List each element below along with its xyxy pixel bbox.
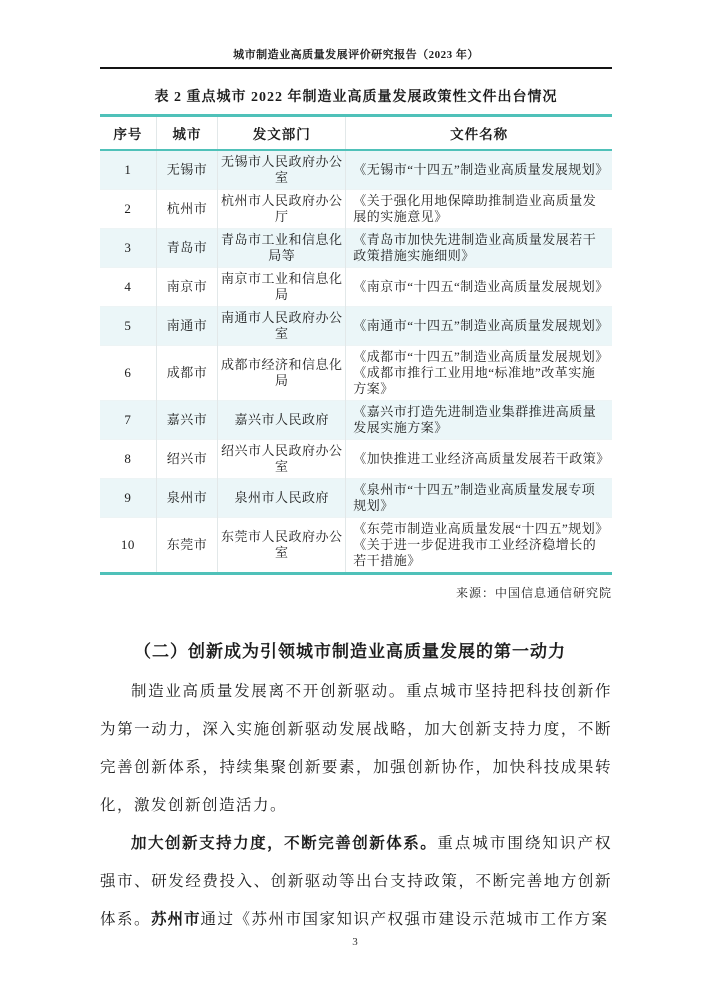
cell-city: 南京市 (156, 268, 217, 307)
doc-title: 《关于进一步促进我市工业经济稳增长的若干措施》 (353, 537, 608, 569)
cell-city: 青岛市 (156, 229, 217, 268)
cell-seq: 8 (100, 440, 156, 479)
table-header-row: 序号 城市 发文部门 文件名称 (100, 116, 612, 151)
running-header-title: 城市制造业高质量发展评价研究报告（2023 年） (100, 46, 612, 62)
doc-title: 《加快推进工业经济高质量发展若干政策》 (353, 451, 608, 467)
cell-docs: 《东莞市制造业高质量发展“十四五”规划》《关于进一步促进我市工业经济稳增长的若干… (346, 518, 612, 574)
cell-city: 绍兴市 (156, 440, 217, 479)
cell-dept: 青岛市工业和信息化局等 (218, 229, 346, 268)
cell-docs: 《成都市“十四五”制造业高质量发展规划》《成都市推行工业用地“标准地”改革实施方… (346, 346, 612, 401)
doc-title: 《关于强化用地保障助推制造业高质量发展的实施意见》 (353, 193, 608, 225)
cell-dept: 南通市人民政府办公室 (218, 307, 346, 346)
table-row: 5 南通市 南通市人民政府办公室 《南通市“十四五”制造业高质量发展规划》 (100, 307, 612, 346)
paragraph-2: 加大创新支持力度，不断完善创新体系。重点城市围绕知识产权强市、研发经费投入、创新… (100, 825, 612, 939)
paragraph-1: 制造业高质量发展离不开创新驱动。重点城市坚持把科技创新作为第一动力，深入实施创新… (100, 673, 612, 825)
document-page: 城市制造业高质量发展评价研究报告（2023 年） 表 2 重点城市 2022 年… (0, 0, 710, 1004)
table-caption: 表 2 重点城市 2022 年制造业高质量发展政策性文件出台情况 (100, 86, 612, 106)
col-header-seq: 序号 (100, 116, 156, 151)
cell-docs: 《嘉兴市打造先进制造业集群推进高质量发展实施方案》 (346, 401, 612, 440)
table-row: 2 杭州市 杭州市人民政府办公厅 《关于强化用地保障助推制造业高质量发展的实施意… (100, 190, 612, 229)
table-row: 6 成都市 成都市经济和信息化局 《成都市“十四五”制造业高质量发展规划》《成都… (100, 346, 612, 401)
doc-title: 《成都市推行工业用地“标准地”改革实施方案》 (353, 365, 608, 397)
doc-title: 《南通市“十四五”制造业高质量发展规划》 (353, 318, 608, 334)
cell-docs: 《青岛市加快先进制造业高质量发展若干政策措施实施细则》 (346, 229, 612, 268)
policy-table: 序号 城市 发文部门 文件名称 1 无锡市 无锡市人民政府办公室 《无锡市“十四… (100, 114, 612, 575)
cell-seq: 4 (100, 268, 156, 307)
doc-title: 《东莞市制造业高质量发展“十四五”规划》 (353, 521, 608, 537)
cell-dept: 泉州市人民政府 (218, 479, 346, 518)
cell-docs: 《加快推进工业经济高质量发展若干政策》 (346, 440, 612, 479)
page-number: 3 (0, 936, 710, 948)
cell-dept: 绍兴市人民政府办公室 (218, 440, 346, 479)
doc-title: 《无锡市“十四五”制造业高质量发展规划》 (353, 162, 608, 178)
section-heading: （二）创新成为引领城市制造业高质量发展的第一动力 (100, 637, 612, 662)
cell-dept: 东莞市人民政府办公室 (218, 518, 346, 574)
cell-docs: 《无锡市“十四五”制造业高质量发展规划》 (346, 150, 612, 190)
cell-seq: 1 (100, 150, 156, 190)
cell-docs: 《关于强化用地保障助推制造业高质量发展的实施意见》 (346, 190, 612, 229)
para2-text-2: 通过《苏州市国家知识产权强市建设示范城市工作方案 (201, 911, 609, 928)
cell-seq: 6 (100, 346, 156, 401)
doc-title: 《成都市“十四五”制造业高质量发展规划》 (353, 349, 608, 365)
col-header-city: 城市 (156, 116, 217, 151)
page-header: 城市制造业高质量发展评价研究报告（2023 年） (100, 0, 612, 69)
table-row: 8 绍兴市 绍兴市人民政府办公室 《加快推进工业经济高质量发展若干政策》 (100, 440, 612, 479)
cell-seq: 10 (100, 518, 156, 574)
table-source: 来源：中国信息通信研究院 (100, 584, 612, 601)
table-row: 10 东莞市 东莞市人民政府办公室 《东莞市制造业高质量发展“十四五”规划》《关… (100, 518, 612, 574)
cell-seq: 2 (100, 190, 156, 229)
cell-city: 泉州市 (156, 479, 217, 518)
cell-docs: 《南通市“十四五”制造业高质量发展规划》 (346, 307, 612, 346)
cell-dept: 杭州市人民政府办公厅 (218, 190, 346, 229)
cell-city: 无锡市 (156, 150, 217, 190)
doc-title: 《南京市“十四五“制造业高质量发展规划》 (353, 279, 608, 295)
cell-city: 成都市 (156, 346, 217, 401)
doc-title: 《嘉兴市打造先进制造业集群推进高质量发展实施方案》 (353, 404, 608, 436)
cell-city: 南通市 (156, 307, 217, 346)
table-row: 1 无锡市 无锡市人民政府办公室 《无锡市“十四五”制造业高质量发展规划》 (100, 150, 612, 190)
cell-seq: 3 (100, 229, 156, 268)
col-header-docs: 文件名称 (346, 116, 612, 151)
cell-dept: 嘉兴市人民政府 (218, 401, 346, 440)
cell-dept: 南京市工业和信息化局 (218, 268, 346, 307)
cell-seq: 9 (100, 479, 156, 518)
col-header-dept: 发文部门 (218, 116, 346, 151)
para2-bold-city: 苏州市 (151, 911, 201, 928)
table-row: 7 嘉兴市 嘉兴市人民政府 《嘉兴市打造先进制造业集群推进高质量发展实施方案》 (100, 401, 612, 440)
cell-city: 杭州市 (156, 190, 217, 229)
cell-dept: 无锡市人民政府办公室 (218, 150, 346, 190)
cell-dept: 成都市经济和信息化局 (218, 346, 346, 401)
cell-city: 嘉兴市 (156, 401, 217, 440)
cell-seq: 7 (100, 401, 156, 440)
cell-seq: 5 (100, 307, 156, 346)
para2-bold-lead: 加大创新支持力度，不断完善创新体系。 (131, 835, 437, 852)
cell-docs: 《南京市“十四五“制造业高质量发展规划》 (346, 268, 612, 307)
table-row: 4 南京市 南京市工业和信息化局 《南京市“十四五“制造业高质量发展规划》 (100, 268, 612, 307)
table-row: 9 泉州市 泉州市人民政府 《泉州市“十四五”制造业高质量发展专项规划》 (100, 479, 612, 518)
cell-city: 东莞市 (156, 518, 217, 574)
doc-title: 《泉州市“十四五”制造业高质量发展专项规划》 (353, 482, 608, 514)
doc-title: 《青岛市加快先进制造业高质量发展若干政策措施实施细则》 (353, 232, 608, 264)
table-row: 3 青岛市 青岛市工业和信息化局等 《青岛市加快先进制造业高质量发展若干政策措施… (100, 229, 612, 268)
cell-docs: 《泉州市“十四五”制造业高质量发展专项规划》 (346, 479, 612, 518)
